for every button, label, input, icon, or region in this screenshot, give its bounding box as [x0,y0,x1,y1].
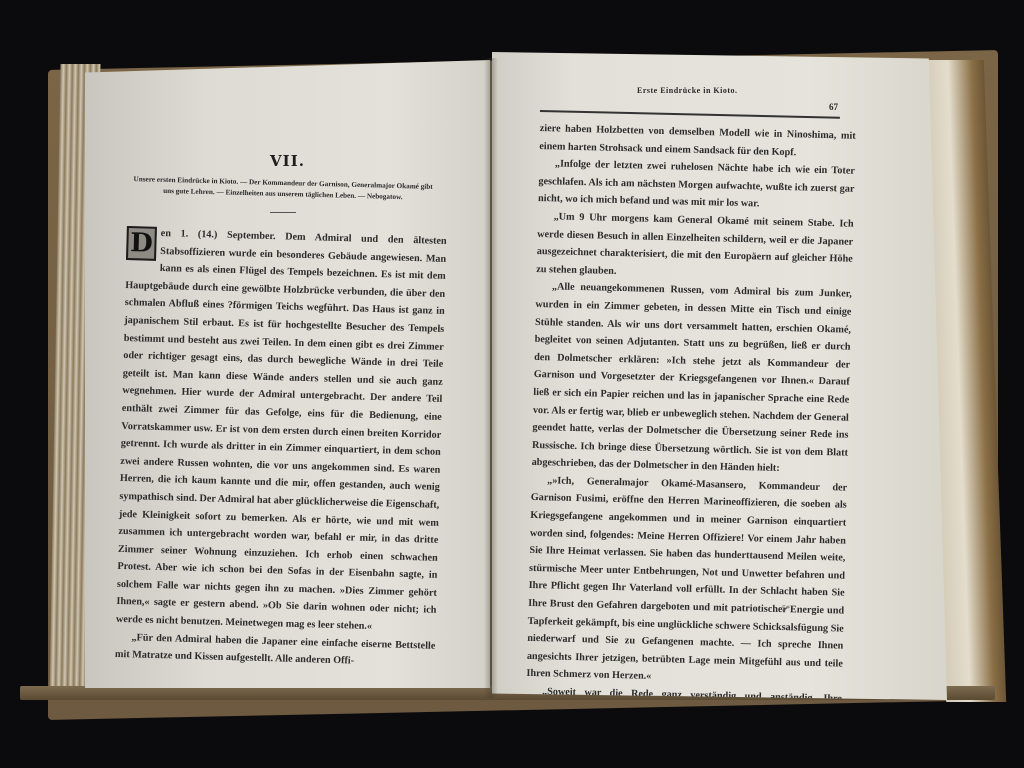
left-page-body: Den 1. (14.) September. Dem Admiral und … [115,224,447,673]
chapter-summary: Unsere ersten Eindrücke in Kioto. — Der … [133,174,433,204]
signature-mark: 5* [782,604,790,613]
paragraph: „Alle neuangekommenen Russen, vom Admira… [531,278,852,479]
paragraph-text: en 1. (14.) September. Dem Admiral und d… [116,228,447,632]
paragraph: „Um 9 Uhr morgens kam General Okamé mit … [536,208,854,286]
page-number: 67 [829,102,838,112]
dropcap-initial: D [126,226,157,261]
paragraph: „Für den Admiral haben die Japaner eine … [115,628,436,672]
left-page: VII. Unsere ersten Eindrücke in Kioto. —… [85,60,490,688]
right-page: Erste Eindrücke in Kioto. 67 ziere haben… [492,52,947,700]
chapter-divider [270,212,296,213]
paragraph: „»Ich, Generalmajor Okamé-Masansero, Kom… [526,472,847,691]
paragraph: „Infolge der letzten zwei ruhelosen Näch… [538,155,855,215]
paragraph: Den 1. (14.) September. Dem Admiral und … [116,224,447,637]
running-head: Erste Eindrücke in Kioto. [637,86,738,95]
book-gutter [484,58,498,698]
right-page-body: ziere haben Holzbetten von demselben Mod… [525,120,856,700]
chapter-number: VII. [85,152,490,170]
header-rule [540,110,840,118]
